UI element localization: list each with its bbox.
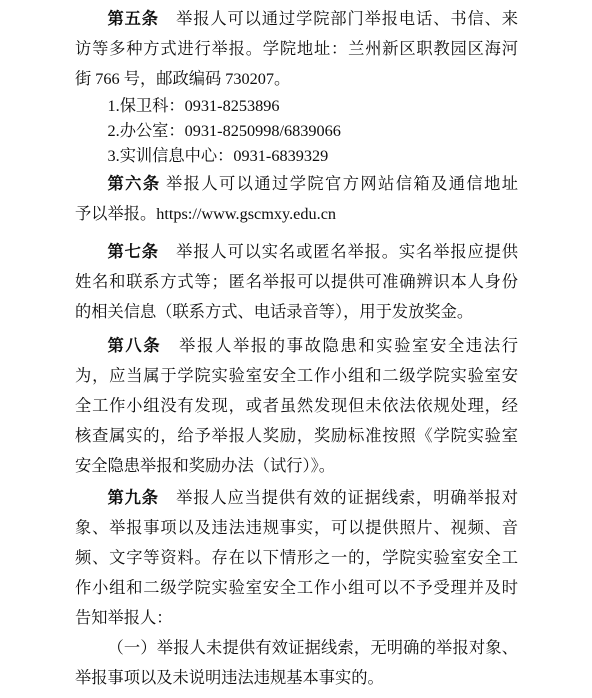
text-line: 2.办公室：0931-8250998/6839066	[75, 119, 518, 144]
text-line: 访等多种方式进行举报。学院地址：兰州新区职教园区海河	[75, 34, 518, 64]
text-run: 的相关信息（联系方式、电话录音等），用于发放奖金。	[75, 303, 473, 321]
paragraph-article-6: 第六条 举报人可以通过学院官方网站信箱及通信地址予以举报。https://www…	[75, 169, 518, 229]
document-page: 第五条 举报人可以通过学院部门举报电话、书信、来访等多种方式进行举报。学院地址：…	[0, 0, 592, 698]
paragraph-article-9: 第九条 举报人应当提供有效的证据线索，明确举报对象、举报事项以及违法违规事实，可…	[75, 483, 518, 633]
text-run: 象、举报事项以及违法违规事实，可以提供照片、视频、音	[75, 519, 518, 537]
paragraph-contact-2: 2.办公室：0931-8250998/6839066	[75, 119, 518, 144]
article-heading: 第七条	[108, 243, 159, 261]
paragraph-contact-3: 3.实训信息中心：0931-6839329	[75, 144, 518, 169]
text-line: 全工作小组没有发现，或者虽然发现但未依法依规处理，经	[75, 391, 518, 421]
text-line: 予以举报。https://www.gscmxy.edu.cn	[75, 199, 518, 229]
text-run: 告知举报人：	[75, 609, 173, 627]
text-run: 举报事项以及未说明违法违规基本事实的。	[75, 669, 384, 687]
text-run: 作小组和二级学院实验室安全工作小组可以不予受理并及时	[75, 579, 518, 597]
text-run: 为，应当属于学院实验室安全工作小组和二级学院实验室安	[75, 367, 518, 385]
text-run: （一）举报人未提供有效证据线索，无明确的举报对象、	[108, 639, 519, 657]
text-line: 告知举报人：	[75, 603, 518, 633]
text-line: 街 766 号，邮政编码 730207。	[75, 64, 518, 94]
text-line: 3.实训信息中心：0931-6839329	[75, 144, 518, 169]
text-run: 2.办公室：0931-8250998/6839066	[108, 122, 341, 140]
text-line: 象、举报事项以及违法违规事实，可以提供照片、视频、音	[75, 513, 518, 543]
text-line: 的相关信息（联系方式、电话录音等），用于发放奖金。	[75, 297, 518, 327]
document-body: 第五条 举报人可以通过学院部门举报电话、书信、来访等多种方式进行举报。学院地址：…	[75, 0, 518, 693]
text-run: 予以举报。https://www.gscmxy.edu.cn	[75, 205, 336, 223]
paragraph-contact-1: 1.保卫科：0931-8253896	[75, 94, 518, 119]
paragraph-item-1: （一）举报人未提供有效证据线索，无明确的举报对象、举报事项以及未说明违法违规基本…	[75, 633, 518, 693]
text-run: 安全隐患举报和奖励办法（试行）》。	[75, 457, 335, 475]
text-line: 第八条 举报人举报的事故隐患和实验室安全违法行	[75, 331, 518, 361]
text-run: 核查属实的，给予举报人奖励，奖励标准按照《学院实验室	[75, 427, 518, 445]
text-line: 第九条 举报人应当提供有效的证据线索，明确举报对	[75, 483, 518, 513]
text-run: 举报人可以通过学院部门举报电话、书信、来	[159, 10, 518, 28]
text-line: 第五条 举报人可以通过学院部门举报电话、书信、来	[75, 4, 518, 34]
text-line: 1.保卫科：0931-8253896	[75, 94, 518, 119]
text-run: 全工作小组没有发现，或者虽然发现但未依法依规处理，经	[75, 397, 518, 415]
text-run: 访等多种方式进行举报。学院地址：兰州新区职教园区海河	[75, 40, 518, 58]
text-run: 1.保卫科：0931-8253896	[108, 97, 280, 115]
text-line: 核查属实的，给予举报人奖励，奖励标准按照《学院实验室	[75, 421, 518, 451]
text-line: 安全隐患举报和奖励办法（试行）》。	[75, 451, 518, 481]
article-heading: 第五条	[108, 10, 159, 28]
text-run: 举报人举报的事故隐患和实验室安全违法行	[161, 337, 518, 355]
text-run: 举报人应当提供有效的证据线索，明确举报对	[159, 489, 518, 507]
text-line: 频、文字等资料。存在以下情形之一的，学院实验室安全工	[75, 543, 518, 573]
text-line: （一）举报人未提供有效证据线索，无明确的举报对象、	[75, 633, 518, 663]
paragraph-article-7: 第七条 举报人可以实名或匿名举报。实名举报应提供姓名和联系方式等；匿名举报可以提…	[75, 237, 518, 327]
text-run: 举报人可以通过学院官方网站信箱及通信地址	[161, 175, 518, 193]
text-line: 举报事项以及未说明违法违规基本事实的。	[75, 663, 518, 693]
article-heading: 第六条	[108, 175, 161, 193]
text-run: 频、文字等资料。存在以下情形之一的，学院实验室安全工	[75, 549, 518, 567]
text-run: 3.实训信息中心：0931-6839329	[108, 147, 329, 165]
article-heading: 第九条	[108, 489, 159, 507]
text-run: 举报人可以实名或匿名举报。实名举报应提供	[159, 243, 518, 261]
text-line: 姓名和联系方式等；匿名举报可以提供可准确辨识本人身份	[75, 267, 518, 297]
text-line: 第六条 举报人可以通过学院官方网站信箱及通信地址	[75, 169, 518, 199]
text-line: 作小组和二级学院实验室安全工作小组可以不予受理并及时	[75, 573, 518, 603]
text-run: 姓名和联系方式等；匿名举报可以提供可准确辨识本人身份	[75, 273, 518, 291]
text-line: 为，应当属于学院实验室安全工作小组和二级学院实验室安	[75, 361, 518, 391]
text-line: 第七条 举报人可以实名或匿名举报。实名举报应提供	[75, 237, 518, 267]
text-run: 街 766 号，邮政编码 730207。	[75, 70, 290, 88]
article-heading: 第八条	[108, 337, 162, 355]
paragraph-article-5: 第五条 举报人可以通过学院部门举报电话、书信、来访等多种方式进行举报。学院地址：…	[75, 4, 518, 94]
paragraph-article-8: 第八条 举报人举报的事故隐患和实验室安全违法行为，应当属于学院实验室安全工作小组…	[75, 331, 518, 481]
